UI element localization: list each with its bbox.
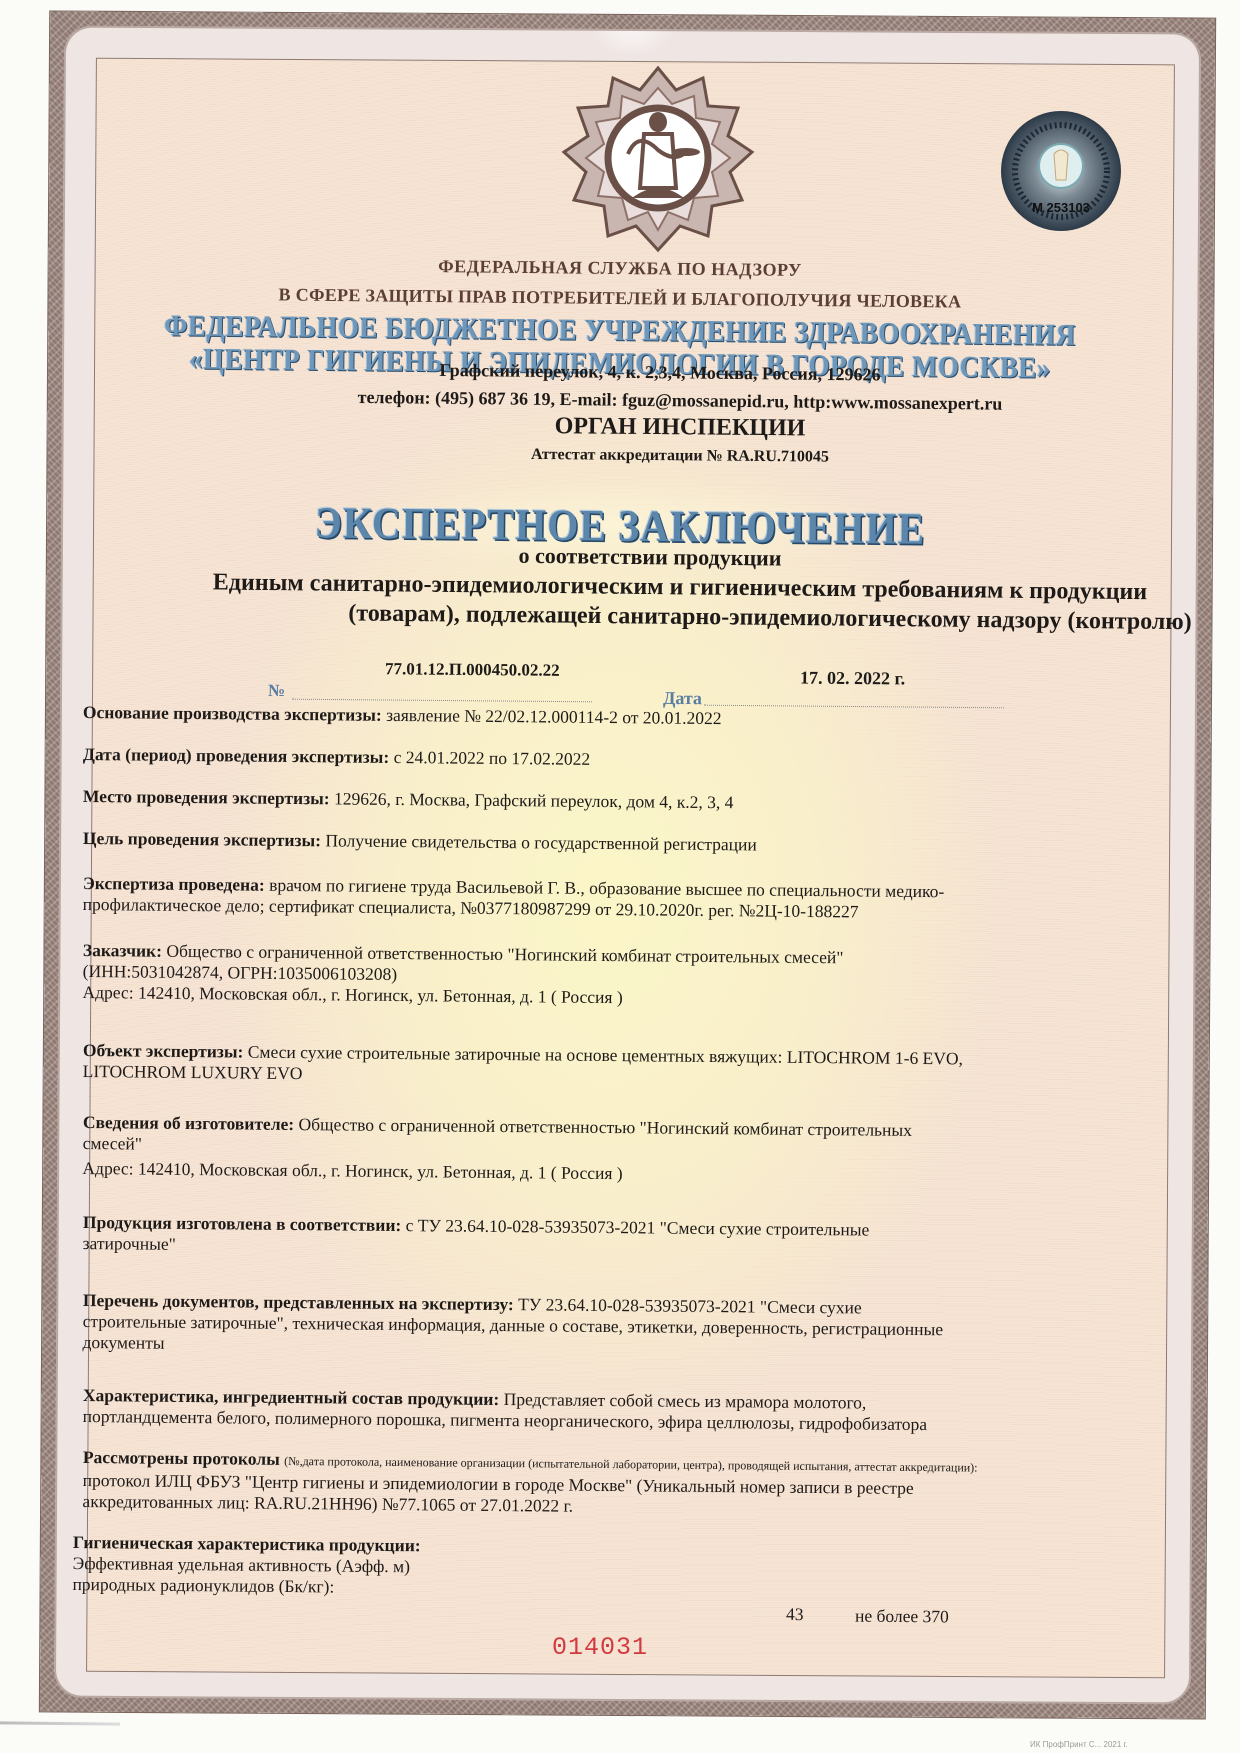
section-period: Дата (период) проведения экспертизы: с 2… xyxy=(83,744,1173,775)
section-manufacturer: Сведения об изготовителе: Общество с огр… xyxy=(82,1112,1173,1189)
section-composition: Характеристика, ингредиентный состав про… xyxy=(83,1385,1173,1437)
serial-number: 014031 xyxy=(552,1633,648,1662)
section-place: Место проведения экспертизы: 129626, г. … xyxy=(83,786,1173,817)
hologram-seal-icon: М 253103 xyxy=(998,108,1124,234)
date-label: Дата xyxy=(663,688,702,709)
section-customer: Заказчик: Общество с ограниченной ответс… xyxy=(82,940,1173,1013)
number-dotted-line xyxy=(292,699,592,703)
section-label: Объект экспертизы: xyxy=(83,1040,244,1062)
section-documents: Перечень документов, представленных на э… xyxy=(82,1290,1173,1363)
section-label: Цель проведения экспертизы: xyxy=(83,828,321,850)
accreditation-number: Аттестат аккредитации № RA.RU.710045 xyxy=(0,441,1240,470)
section-text: Представляет собой смесь из мрамора моло… xyxy=(504,1389,867,1412)
section-text: Получение свидетельства о государственно… xyxy=(325,830,757,854)
hygiene-measured-value: 43 xyxy=(786,1604,804,1625)
section-text: 129626, г. Москва, Графский переулок, до… xyxy=(334,788,734,812)
section-object: Объект экспертизы: Смеси сухие строитель… xyxy=(83,1040,1173,1092)
number-label: № xyxy=(268,681,285,701)
section-label: Перечень документов, представленных на э… xyxy=(83,1290,514,1314)
section-text: с ТУ 23.64.10-028-53935073-2021 "Смеси с… xyxy=(406,1215,870,1239)
section-text: с 24.01.2022 по 17.02.2022 xyxy=(394,747,591,769)
section-label: Место проведения экспертизы: xyxy=(83,786,330,808)
section-text: ТУ 23.64.10-028-53935073-2021 "Смеси сух… xyxy=(518,1294,862,1317)
document-number: 77.01.12.П.000450.02.22 xyxy=(385,659,560,681)
printer-microtext: ИК ПрофПринт С... 2021 г. xyxy=(1030,1740,1128,1749)
hygiene-limit-value: не более 370 xyxy=(855,1606,949,1628)
section-label: Основание производства экспертизы: xyxy=(83,702,382,725)
section-label: Экспертиза проведена: xyxy=(83,873,265,895)
svg-text:М 253103: М 253103 xyxy=(1032,200,1090,215)
section-label: Сведения об изготовителе: xyxy=(83,1112,294,1134)
section-basis: Основание производства экспертизы: заявл… xyxy=(83,702,1173,733)
hygiene-heading: Гигиеническая характеристика продукции: xyxy=(73,1532,421,1555)
section-label: Продукция изготовлена в соответствии: xyxy=(83,1212,402,1235)
section-purpose: Цель проведения экспертизы: Получение св… xyxy=(83,828,1173,859)
section-label: Характеристика, ингредиентный состав про… xyxy=(83,1385,500,1409)
document-date: 17. 02. 2022 г. xyxy=(800,668,905,690)
section-protocols: Рассмотрены протоколы (№,дата протокола,… xyxy=(82,1447,1173,1522)
section-expert: Экспертиза проведена: врачом по гигиене … xyxy=(83,873,1173,925)
section-conformity: Продукция изготовлена в соответствии: с … xyxy=(83,1212,1173,1264)
section-label: Рассмотрены протоколы xyxy=(83,1447,280,1469)
section-text: заявление № 22/02.12.000114-2 от 20.01.2… xyxy=(386,705,722,728)
section-label: Дата (период) проведения экспертизы: xyxy=(83,744,390,767)
certificate-content: М 253103 ФЕДЕРАЛЬНАЯ СЛУЖБА ПО НАДЗОРУ В… xyxy=(0,0,1240,1753)
hygieia-emblem-icon xyxy=(558,60,758,260)
section-label: Заказчик: xyxy=(83,940,162,961)
section-hygiene: Гигиеническая характеристика продукции: … xyxy=(72,1532,1163,1605)
section-note: (№,дата протокола, наименование организа… xyxy=(284,1454,978,1475)
